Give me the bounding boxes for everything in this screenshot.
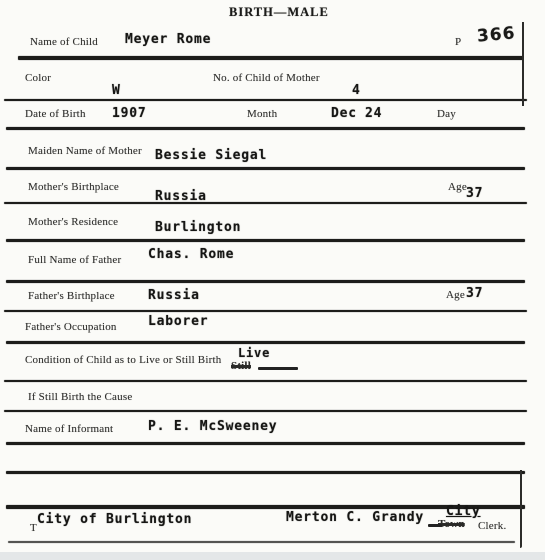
strike-mark (428, 524, 442, 527)
field-label-informant: Name of Informant (25, 423, 113, 435)
rule-line (6, 341, 525, 344)
page-prefix: P (455, 36, 461, 48)
field-value-color: W (112, 83, 121, 98)
rule-line (6, 127, 525, 130)
footer-clerk-name: Merton C. Grandy (286, 510, 424, 525)
field-label-father-name: Full Name of Father (28, 254, 121, 266)
field-label-month: Month (247, 108, 277, 120)
rule-line (4, 99, 527, 101)
field-value-father-birthplace: Russia (148, 288, 200, 303)
footer-town-word-struck: Town (438, 518, 465, 530)
document-title: BIRTH—MALE (229, 5, 329, 20)
rule-line (18, 56, 523, 60)
birth-record-document: BIRTH—MALE Name of Child Meyer Rome P 36… (0, 0, 545, 552)
field-value-father-occupation: Laborer (148, 314, 208, 329)
field-label-date-of-birth: Date of Birth (25, 108, 86, 120)
field-label-maiden-name: Maiden Name of Mother (28, 145, 142, 157)
field-label-color: Color (25, 72, 51, 84)
field-label-mother-age: Age (448, 181, 467, 193)
field-label-father-age: Age (446, 289, 465, 301)
field-value-mother-residence: Burlington (155, 220, 241, 235)
field-value-father-age: 37 (466, 286, 483, 301)
rule-line (4, 380, 527, 382)
field-label-day: Day (437, 108, 456, 120)
strike-mark (258, 367, 298, 370)
rule-line (6, 442, 525, 445)
field-value-father-name: Chas. Rome (148, 247, 234, 262)
page-edge-line (520, 470, 522, 548)
field-label-mother-birthplace: Mother's Birthplace (28, 181, 119, 193)
field-value-name-of-child: Meyer Rome (125, 32, 211, 47)
field-label-still-cause: If Still Birth the Cause (28, 391, 132, 403)
field-value-condition-live: Live (238, 346, 270, 360)
field-value-mother-age: 37 (466, 186, 483, 201)
rule-line (6, 280, 525, 283)
rule-line (4, 310, 527, 312)
field-value-condition-still-struck: Still (231, 360, 251, 372)
field-label-mother-residence: Mother's Residence (28, 216, 118, 228)
field-value-no-of-child: 4 (352, 83, 361, 98)
page-number: 366 (476, 23, 516, 46)
footer-town-remnant: T (30, 522, 37, 534)
field-value-birth-day: 24 (365, 106, 382, 121)
footer-city-word: City (446, 504, 481, 519)
page-edge-line (522, 22, 524, 106)
field-label-no-of-child: No. of Child of Mother (213, 72, 320, 84)
rule-line (8, 541, 515, 543)
rule-line (6, 471, 525, 474)
rule-line (4, 202, 527, 204)
page-edge (0, 552, 545, 560)
footer-place: City of Burlington (37, 512, 192, 527)
rule-line (6, 239, 525, 242)
field-value-birth-year: 1907 (112, 106, 147, 121)
field-label-condition: Condition of Child as to Live or Still B… (25, 354, 221, 366)
field-value-birth-month: Dec (331, 106, 357, 121)
footer-clerk-label: Clerk. (478, 520, 506, 532)
field-value-informant: P. E. McSweeney (148, 419, 277, 434)
field-label-father-birthplace: Father's Birthplace (28, 290, 115, 302)
field-value-maiden-name: Bessie Siegal (155, 148, 267, 163)
field-label-father-occupation: Father's Occupation (25, 321, 117, 333)
rule-line (4, 410, 527, 412)
rule-line (6, 167, 525, 170)
field-label-name-of-child: Name of Child (30, 36, 98, 48)
